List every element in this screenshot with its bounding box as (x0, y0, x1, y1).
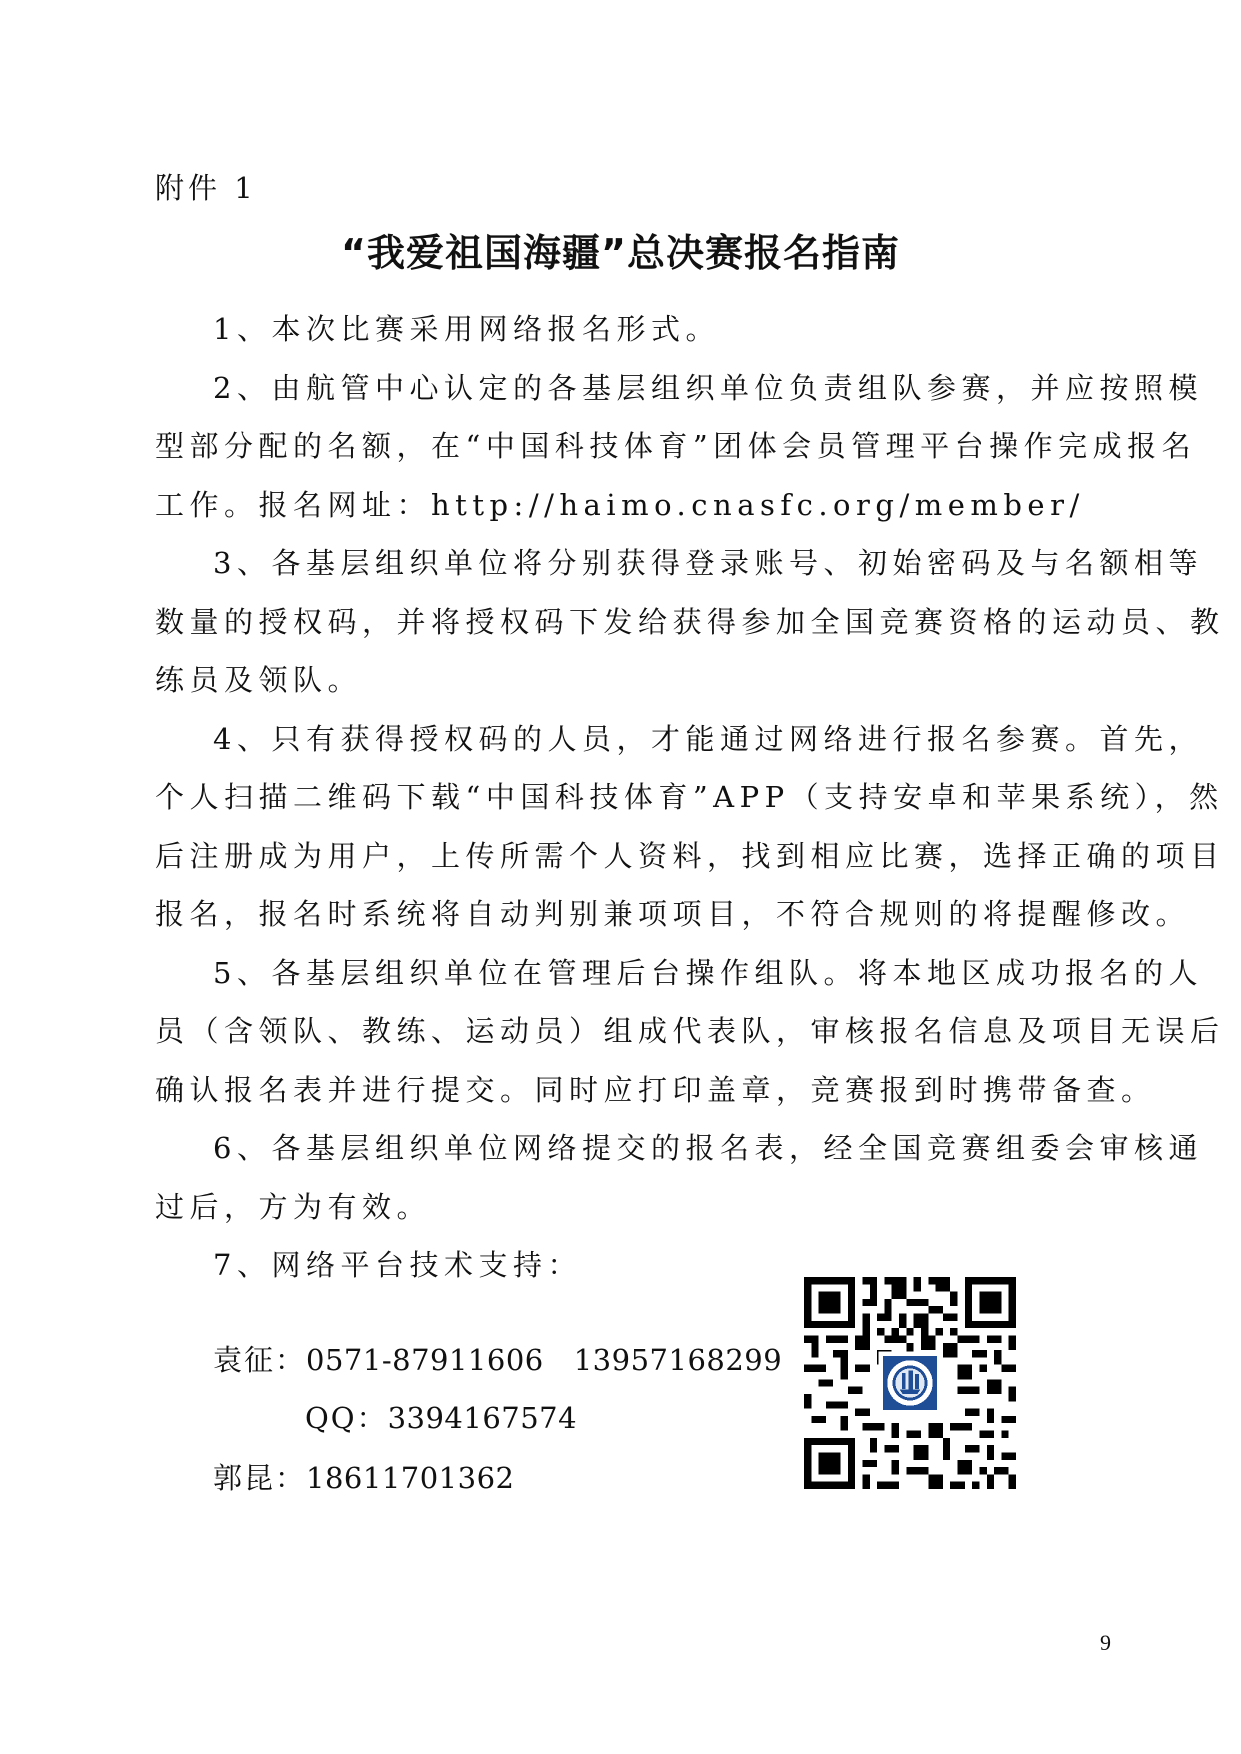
paragraph-3: 3、各基层组织单位将分别获得登录账号、初始密码及与名额相等 数量的授权码，并将授… (155, 534, 1110, 710)
paragraph-line: 报名，报名时系统将自动判别兼项项目，不符合规则的将提醒修改。 (155, 885, 1110, 944)
contact-guo-kun: 郭昆：18611701362 (213, 1458, 514, 1498)
page-number: 9 (1100, 1630, 1111, 1656)
paragraph-6: 6、各基层组织单位网络提交的报名表，经全国竞赛组委会审核通 过后，方为有效。 (155, 1119, 1110, 1236)
paragraph-line: 6、各基层组织单位网络提交的报名表，经全国竞赛组委会审核通 (155, 1119, 1110, 1178)
qr-code-icon (804, 1277, 1016, 1489)
contact-yuan-zheng: 袁征：0571-8791160613957168299 (213, 1340, 782, 1380)
paragraph-2: 2、由航管中心认定的各基层组织单位负责组队参赛，并应按照模 型部分配的名额，在“… (155, 359, 1110, 535)
paragraph-line: 练员及领队。 (155, 651, 1110, 710)
document-body: 1、本次比赛采用网络报名形式。 2、由航管中心认定的各基层组织单位负责组队参赛，… (155, 300, 1110, 1295)
contact-qq: QQ：3394167574 (305, 1398, 577, 1438)
paragraph-line: 个人扫描二维码下载“中国科技体育”APP（支持安卓和苹果系统），然 (155, 768, 1110, 827)
app-qr-code (804, 1277, 1016, 1489)
paragraph-line: 1、本次比赛采用网络报名形式。 (155, 300, 1110, 359)
contact-mobile: 18611701362 (306, 1461, 514, 1495)
document-title: “我爱祖国海疆”总决赛报名指南 (0, 228, 1241, 278)
paragraph-line: 过后，方为有效。 (155, 1178, 1110, 1237)
contact-name: 郭昆： (213, 1461, 306, 1495)
paragraph-line: 员（含领队、教练、运动员）组成代表队，审核报名信息及项目无误后 (155, 1002, 1110, 1061)
attachment-label: 附件 1 (155, 168, 257, 208)
paragraph-line: 4、只有获得授权码的人员，才能通过网络进行报名参赛。首先， (155, 710, 1110, 769)
contact-name: 袁征： (213, 1343, 306, 1377)
paragraph-line: 3、各基层组织单位将分别获得登录账号、初始密码及与名额相等 (155, 534, 1110, 593)
paragraph-line: 数量的授权码，并将授权码下发给获得参加全国竞赛资格的运动员、教 (155, 593, 1110, 652)
paragraph-line: 2、由航管中心认定的各基层组织单位负责组队参赛，并应按照模 (155, 359, 1110, 418)
qq-number: 3394167574 (388, 1401, 578, 1435)
paragraph-5: 5、各基层组织单位在管理后台操作组队。将本地区成功报名的人 员（含领队、教练、运… (155, 944, 1110, 1120)
paragraph-line: 确认报名表并进行提交。同时应打印盖章，竞赛报到时携带备查。 (155, 1061, 1110, 1120)
paragraph-4: 4、只有获得授权码的人员，才能通过网络进行报名参赛。首先， 个人扫描二维码下载“… (155, 710, 1110, 944)
paragraph-line: 5、各基层组织单位在管理后台操作组队。将本地区成功报名的人 (155, 944, 1110, 1003)
paragraph-1: 1、本次比赛采用网络报名形式。 (155, 300, 1110, 359)
qq-label: QQ： (305, 1401, 388, 1435)
paragraph-line: 型部分配的名额，在“中国科技体育”团体会员管理平台操作完成报名 (155, 417, 1110, 476)
contact-phone: 0571-87911606 (306, 1343, 544, 1377)
document-page: 附件 1 “我爱祖国海疆”总决赛报名指南 1、本次比赛采用网络报名形式。 2、由… (0, 0, 1241, 1754)
contact-mobile: 13957168299 (574, 1343, 782, 1377)
paragraph-line: 后注册成为用户，上传所需个人资料，找到相应比赛，选择正确的项目 (155, 827, 1110, 886)
registration-url-line: 工作。报名网址：http://haimo.cnasfc.org/member/ (155, 476, 1110, 535)
